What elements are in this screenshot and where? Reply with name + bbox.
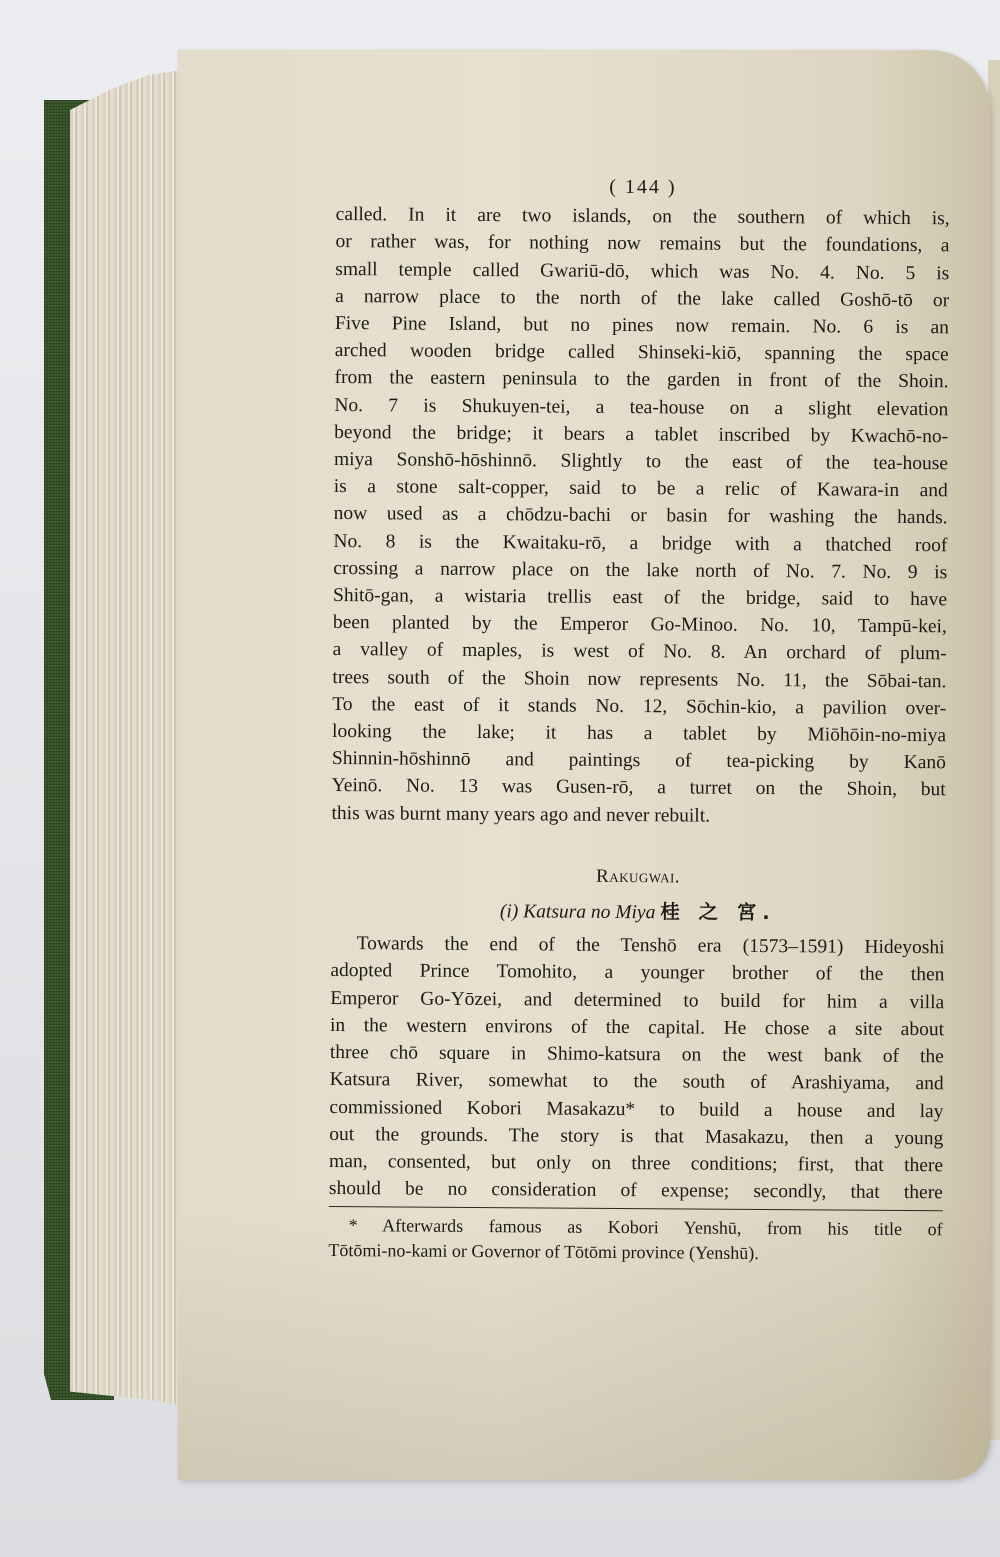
subsection-kanji: 桂 之 宮. — [660, 900, 776, 924]
text-line: To the east of it stands No. 12, Sōchin-… — [332, 691, 946, 722]
text-line: in the western environs of the capital. … — [330, 1012, 944, 1043]
section-heading: Rakugwai. — [331, 861, 945, 892]
paragraph-katsura-history: Towards the end of the Tenshō era (1573–… — [329, 930, 945, 1206]
text-line: commissioned Kobori Masakazu* to build a… — [329, 1093, 943, 1124]
text-line: Katsura River, somewhat to the south of … — [330, 1066, 944, 1097]
text-line: out the grounds. The story is that Masak… — [329, 1121, 943, 1152]
footnote: * Afterwards famous as Kobori Yenshū, fr… — [328, 1213, 942, 1267]
subsection-title: (i) Katsura no Miya — [500, 901, 656, 923]
text-line: Shitō-gan, a wistaria trellis east of th… — [333, 582, 947, 613]
text-line: arched wooden bridge called Shinseki-kiō… — [335, 337, 949, 368]
page-edges — [70, 70, 182, 1405]
text-line: trees south of the Shoin now represents … — [332, 664, 946, 695]
text-line: this was burnt many years ago and never … — [331, 800, 945, 831]
text-line: No. 7 is Shukuyen-tei, a tea-house on a … — [334, 392, 948, 423]
text-line: Yeinō. No. 13 was Gusen-rō, a turret on … — [332, 772, 946, 803]
text-line: Five Pine Island, but no pines now remai… — [335, 310, 949, 341]
page-text: ( 144 ) called. In it are two islands, o… — [328, 172, 950, 1268]
text-line: from the eastern peninsula to the garden… — [334, 364, 948, 395]
text-line: should be no consideration of expense; s… — [329, 1175, 943, 1206]
text-line: Shinnin-hōshinnō and paintings of tea-pi… — [332, 745, 946, 776]
text-line: crossing a narrow place on the lake nort… — [333, 555, 947, 586]
text-line: No. 8 is the Kwaitaku-rō, a bridge with … — [333, 528, 947, 559]
footnote-divider — [329, 1206, 943, 1211]
text-line: Towards the end of the Tenshō era (1573–… — [331, 930, 945, 961]
subsection-heading: (i) Katsura no Miya 桂 之 宮. — [331, 896, 945, 928]
text-line: a narrow place to the north of the lake … — [335, 283, 949, 314]
footnote-line: Tōtōmi-no-kami or Governor of Tōtōmi pro… — [328, 1238, 942, 1267]
text-line: or rather was, for nothing now remains b… — [335, 228, 949, 259]
text-line: beyond the bridge; it bears a tablet ins… — [334, 419, 948, 450]
text-line: is a stone salt-copper, said to be a rel… — [334, 473, 948, 504]
text-line: adopted Prince Tomohito, a younger broth… — [330, 957, 944, 988]
text-line: miya Sonshō-hōshinnō. Slightly to the ea… — [334, 446, 948, 477]
text-line: Emperor Go-Yōzei, and determined to buil… — [330, 985, 944, 1016]
text-line: man, consented, but only on three condit… — [329, 1148, 943, 1179]
text-line: small temple called Gwariū-dō, which was… — [335, 256, 949, 287]
text-line: been planted by the Emperor Go-Minoo. No… — [333, 609, 947, 640]
text-line: a valley of maples, is west of No. 8. An… — [333, 636, 947, 667]
text-line: three chō square in Shimo-katsura on the… — [330, 1039, 944, 1070]
text-line: looking the lake; it has a tablet by Miō… — [332, 718, 946, 749]
page-number: ( 144 ) — [336, 172, 950, 203]
text-line: now used as a chōdzu-bachi or basin for … — [334, 500, 948, 531]
paragraph-garden-description: called. In it are two islands, on the so… — [331, 201, 949, 831]
text-line: called. In it are two islands, on the so… — [336, 201, 950, 232]
